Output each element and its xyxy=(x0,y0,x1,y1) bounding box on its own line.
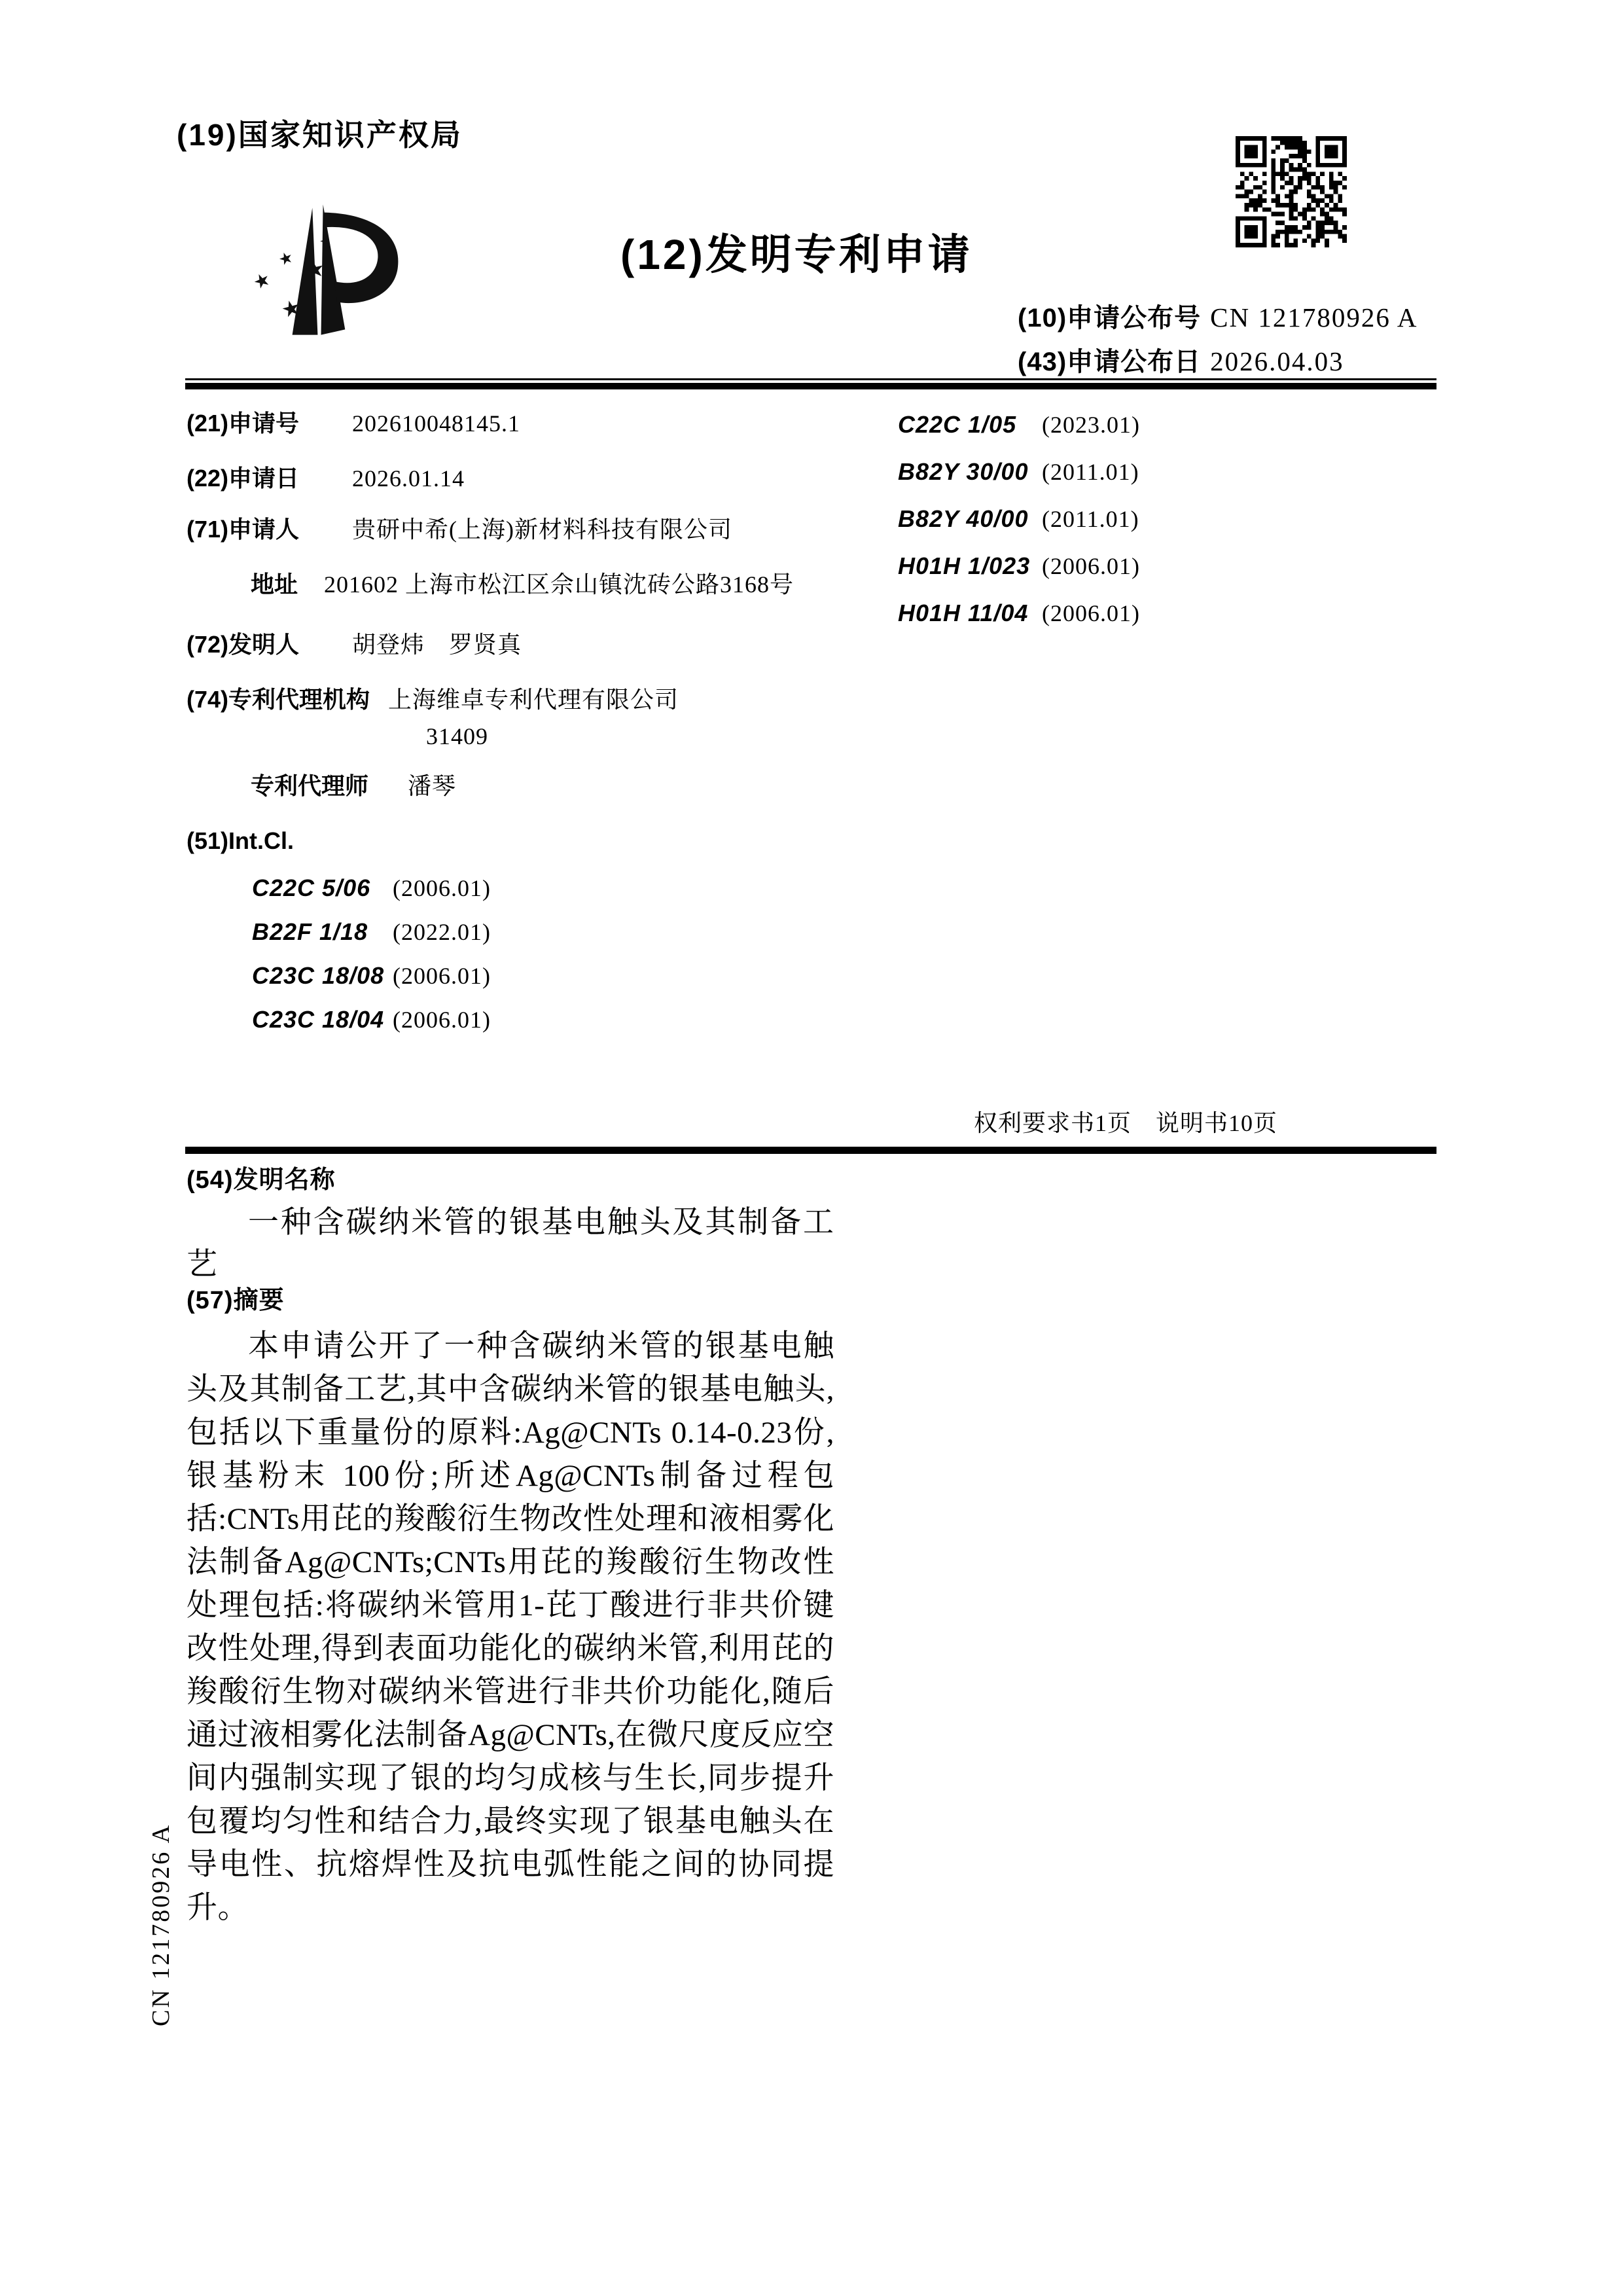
field-application-date: (22)申请日 2026.01.14 xyxy=(187,461,874,496)
cnipa-logo-icon: ★ ★ ★ ★ ★ xyxy=(242,191,429,348)
int-cl-entry: C23C 18/04(2006.01) xyxy=(252,1002,874,1037)
doc-type-num: (12) xyxy=(620,231,705,278)
abstract-section: (57)摘要 本申请公开了一种含碳纳米管的银基电触头及其制备工艺,其中含碳纳米管… xyxy=(187,1284,867,1929)
patent-office-header: (19)国家知识产权局 xyxy=(177,111,463,154)
field-address: 地址 201602 上海市松江区佘山镇沈砖公路3168号 xyxy=(251,567,874,602)
field-inventors: (72)发明人 胡登炜 罗贤真 xyxy=(187,627,874,662)
bibliography-divider xyxy=(185,1147,1436,1154)
doc-type-text: 发明专利申请 xyxy=(705,231,972,278)
office-name: 国家知识产权局 xyxy=(238,118,463,152)
abstract-heading: (57)摘要 xyxy=(187,1284,867,1317)
agency-name: 上海维卓专利代理有限公司 xyxy=(388,687,679,713)
pub-no-label: (10)申请公布号 xyxy=(1018,304,1201,332)
patent-front-page: (19)国家知识产权局 ★ ★ ★ ★ ★ (12)发明专利申请 (10)申请公… xyxy=(0,0,1623,2296)
pages-note: 权利要求书1页 说明书10页 xyxy=(974,1105,1277,1138)
invention-title-text: 一种含碳纳米管的银基电触头及其制备工艺 xyxy=(187,1202,834,1285)
int-cl-entry: C22C 5/06(2006.01) xyxy=(252,870,874,906)
pub-no-value: CN 121780926 A xyxy=(1210,302,1418,332)
int-cl-entry: H01H 11/04(2006.01) xyxy=(898,596,1140,631)
office-code: (19) xyxy=(177,118,238,152)
document-type-title: (12)发明专利申请 xyxy=(620,221,972,281)
abstract-text: 本申请公开了一种含碳纳米管的银基电触头及其制备工艺,其中含碳纳米管的银基电触头,… xyxy=(187,1325,834,1929)
svg-text:★: ★ xyxy=(276,248,296,270)
publication-number-row: (10)申请公布号CN 121780926 A xyxy=(1018,296,1418,340)
int-cl-entry: B22F 1/18(2022.01) xyxy=(252,914,874,950)
publication-date-row: (43)申请公布日2026.04.03 xyxy=(1018,340,1418,384)
int-cl-entry: H01H 1/023(2006.01) xyxy=(898,548,1140,584)
bibliography-right-column: C22C 1/05(2023.01) B82Y 30/00(2011.01) B… xyxy=(898,407,1140,643)
header-divider xyxy=(185,378,1436,389)
int-cl-entry: B82Y 40/00(2011.01) xyxy=(898,501,1140,537)
publication-block: (10)申请公布号CN 121780926 A (43)申请公布日2026.04… xyxy=(1018,296,1418,384)
pub-date-value: 2026.04.03 xyxy=(1210,346,1344,376)
pub-date-label: (43)申请公布日 xyxy=(1018,348,1201,376)
int-cl-list-left: C22C 5/06(2006.01) B22F 1/18(2022.01) C2… xyxy=(252,870,874,1037)
bibliography-left-column: (21)申请号 202610048145.1 (22)申请日 2026.01.1… xyxy=(187,406,874,1046)
invention-title-heading: (54)发明名称 xyxy=(187,1164,867,1196)
qr-code xyxy=(1236,136,1347,247)
svg-text:★: ★ xyxy=(250,269,274,295)
field-application-number: (21)申请号 202610048145.1 xyxy=(187,406,874,441)
field-agent: 专利代理师 潘琴 xyxy=(251,768,874,804)
int-cl-entry: B82Y 30/00(2011.01) xyxy=(898,454,1140,490)
field-applicant: (71)申请人 贵研中希(上海)新材料科技有限公司 xyxy=(187,512,874,547)
side-publication-code: CN 121780926 A xyxy=(147,1810,175,2026)
field-int-cl: (51)Int.Cl. xyxy=(187,823,874,859)
agency-code: 31409 xyxy=(426,717,874,755)
invention-title-section: (54)发明名称 一种含碳纳米管的银基电触头及其制备工艺 xyxy=(187,1164,867,1285)
int-cl-entry: C22C 1/05(2023.01) xyxy=(898,407,1140,442)
int-cl-entry: C23C 18/08(2006.01) xyxy=(252,958,874,994)
field-agency: (74)专利代理机构 上海维卓专利代理有限公司 31409 xyxy=(187,682,874,755)
